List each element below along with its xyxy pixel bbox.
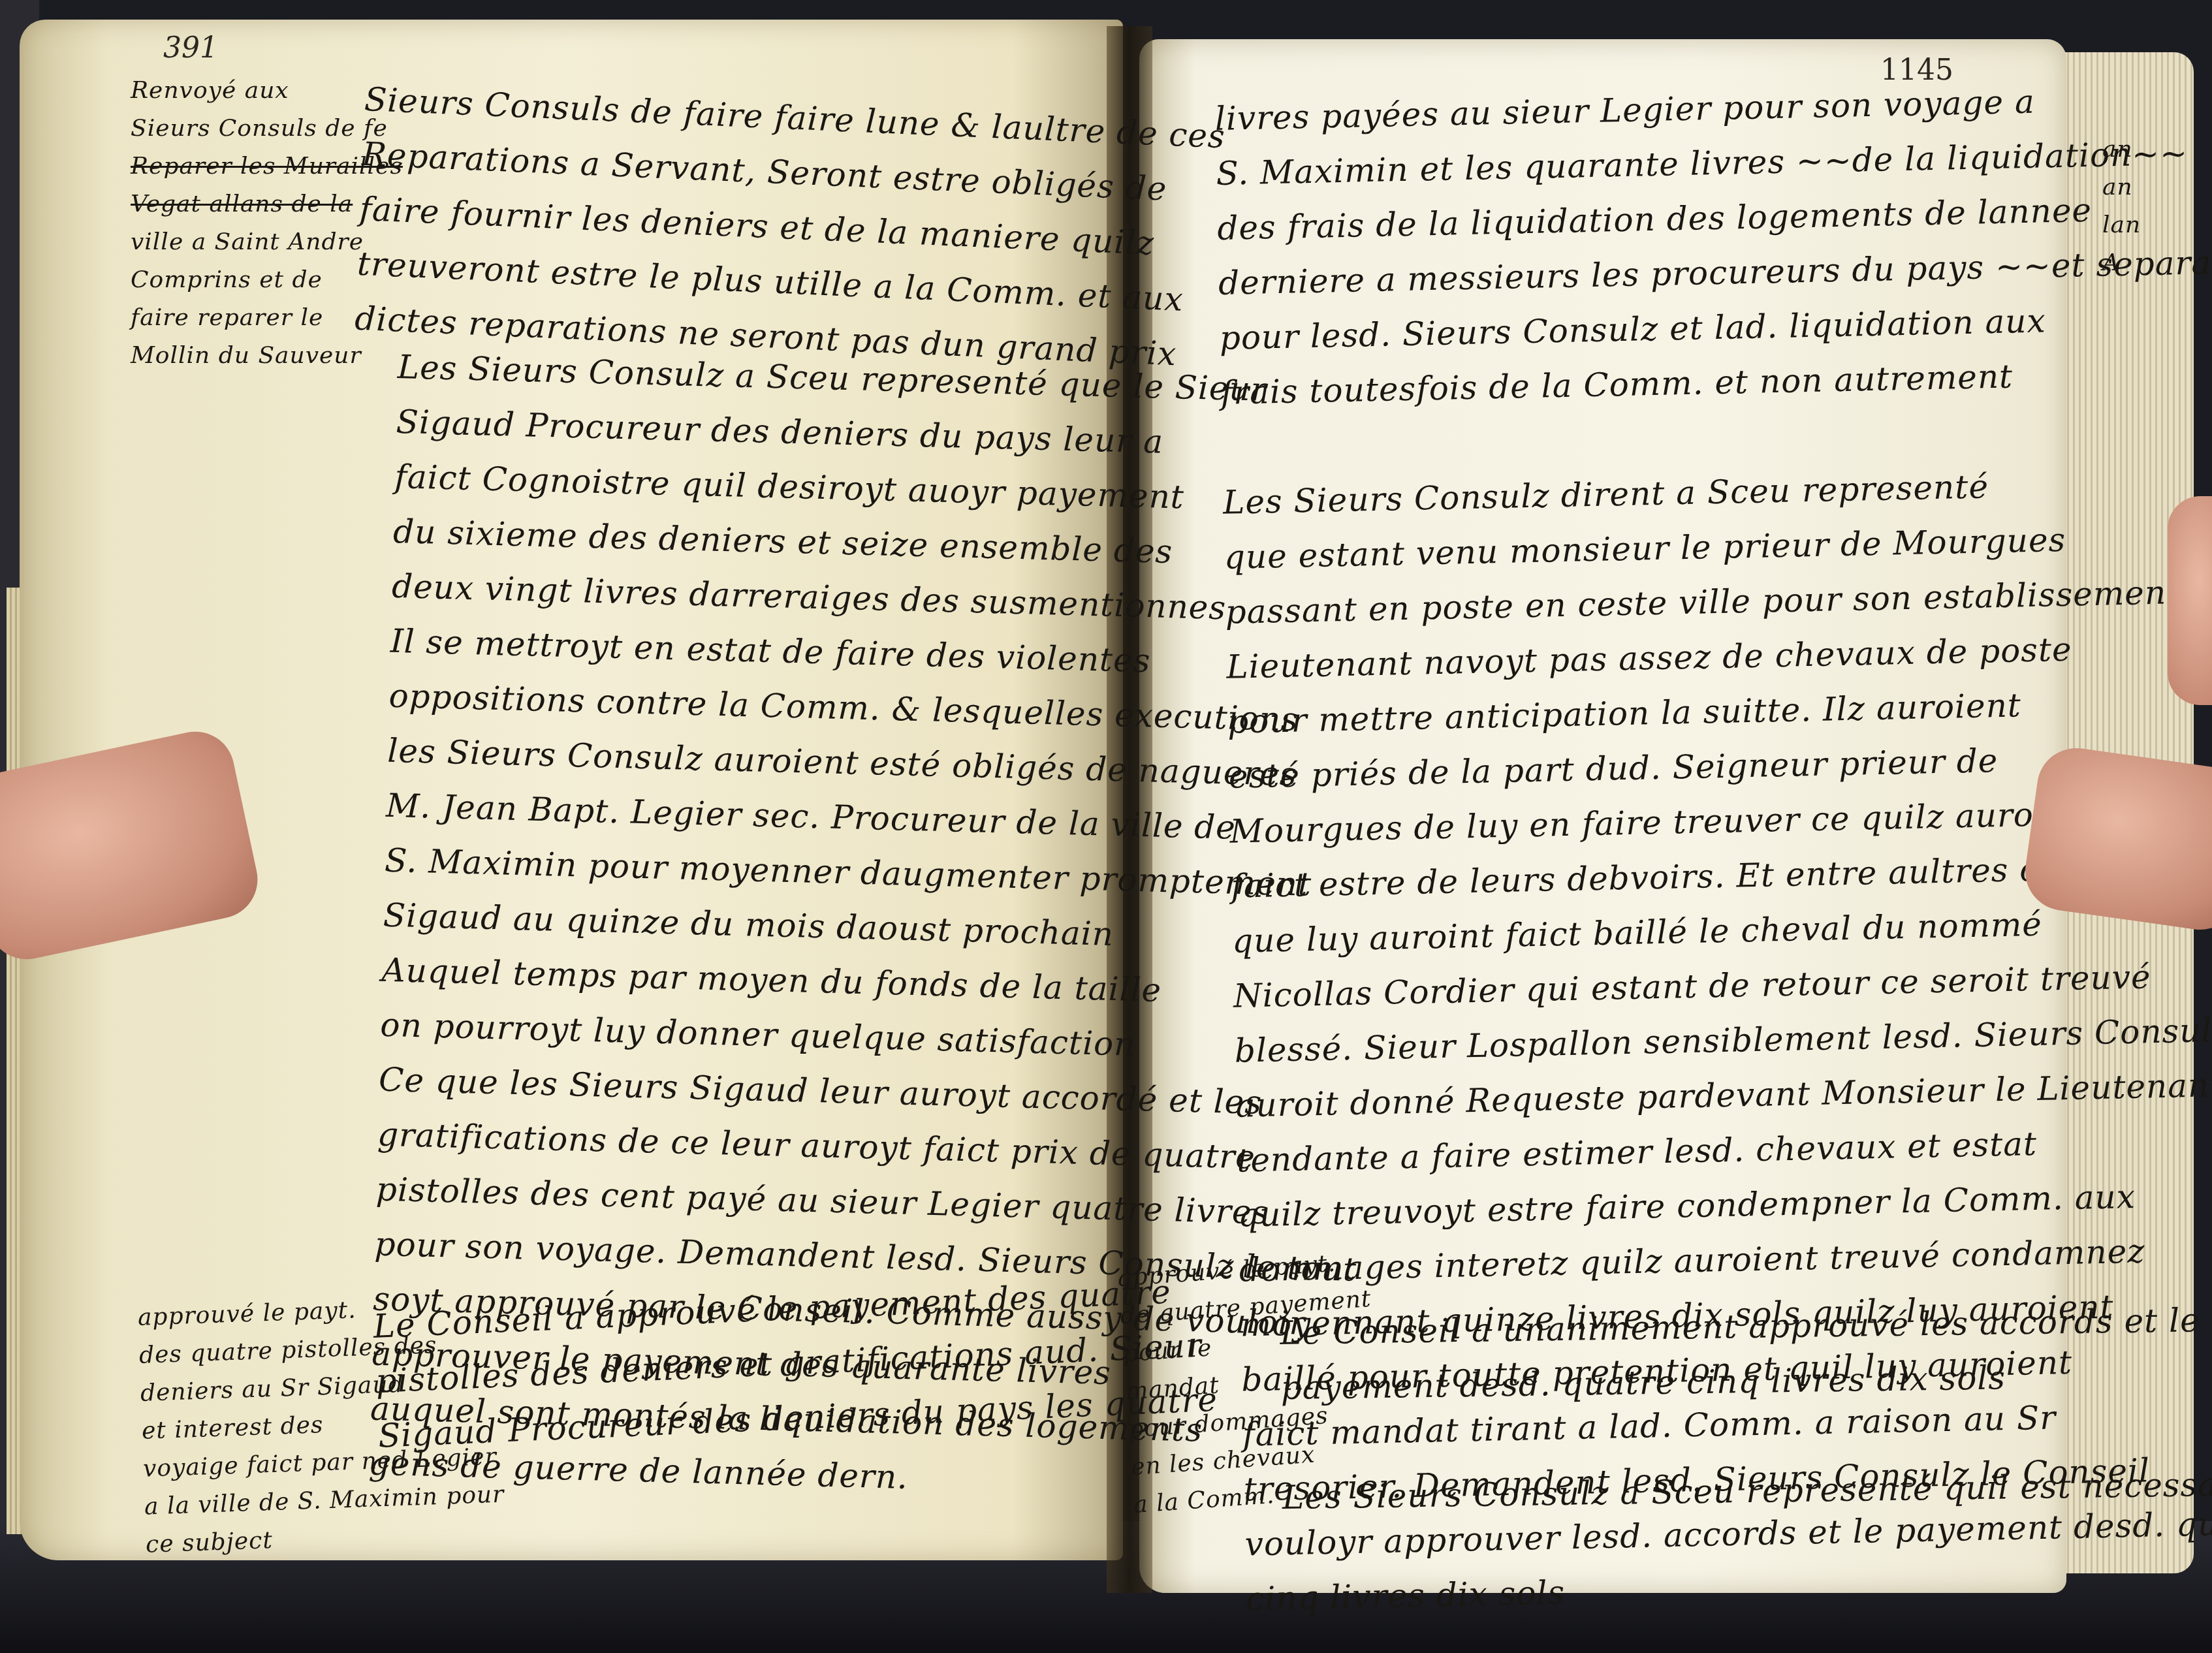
margin-mark: an [2102,131,2141,168]
margin-mark: an [2102,168,2141,206]
margin-mark: A [2102,244,2141,282]
open-book: 391 Renvoyé aux Sieurs Consuls de fe Rep… [0,0,2212,1653]
right-outer-margin-marks: an an lan A [2102,131,2141,282]
left-page-body: Sieurs Consuls de faire faire lune & lau… [354,72,1227,383]
margin-mark: lan [2102,206,2141,244]
margin-line: Renvoyé aux [131,72,403,110]
right-hand-finger [2168,496,2212,705]
left-folio-mark: 391 [163,31,218,65]
right-page-bottom-body: Le Conseil a unanimement approuvé les ac… [1280,1292,2212,1525]
right-thumb [2020,743,2212,934]
